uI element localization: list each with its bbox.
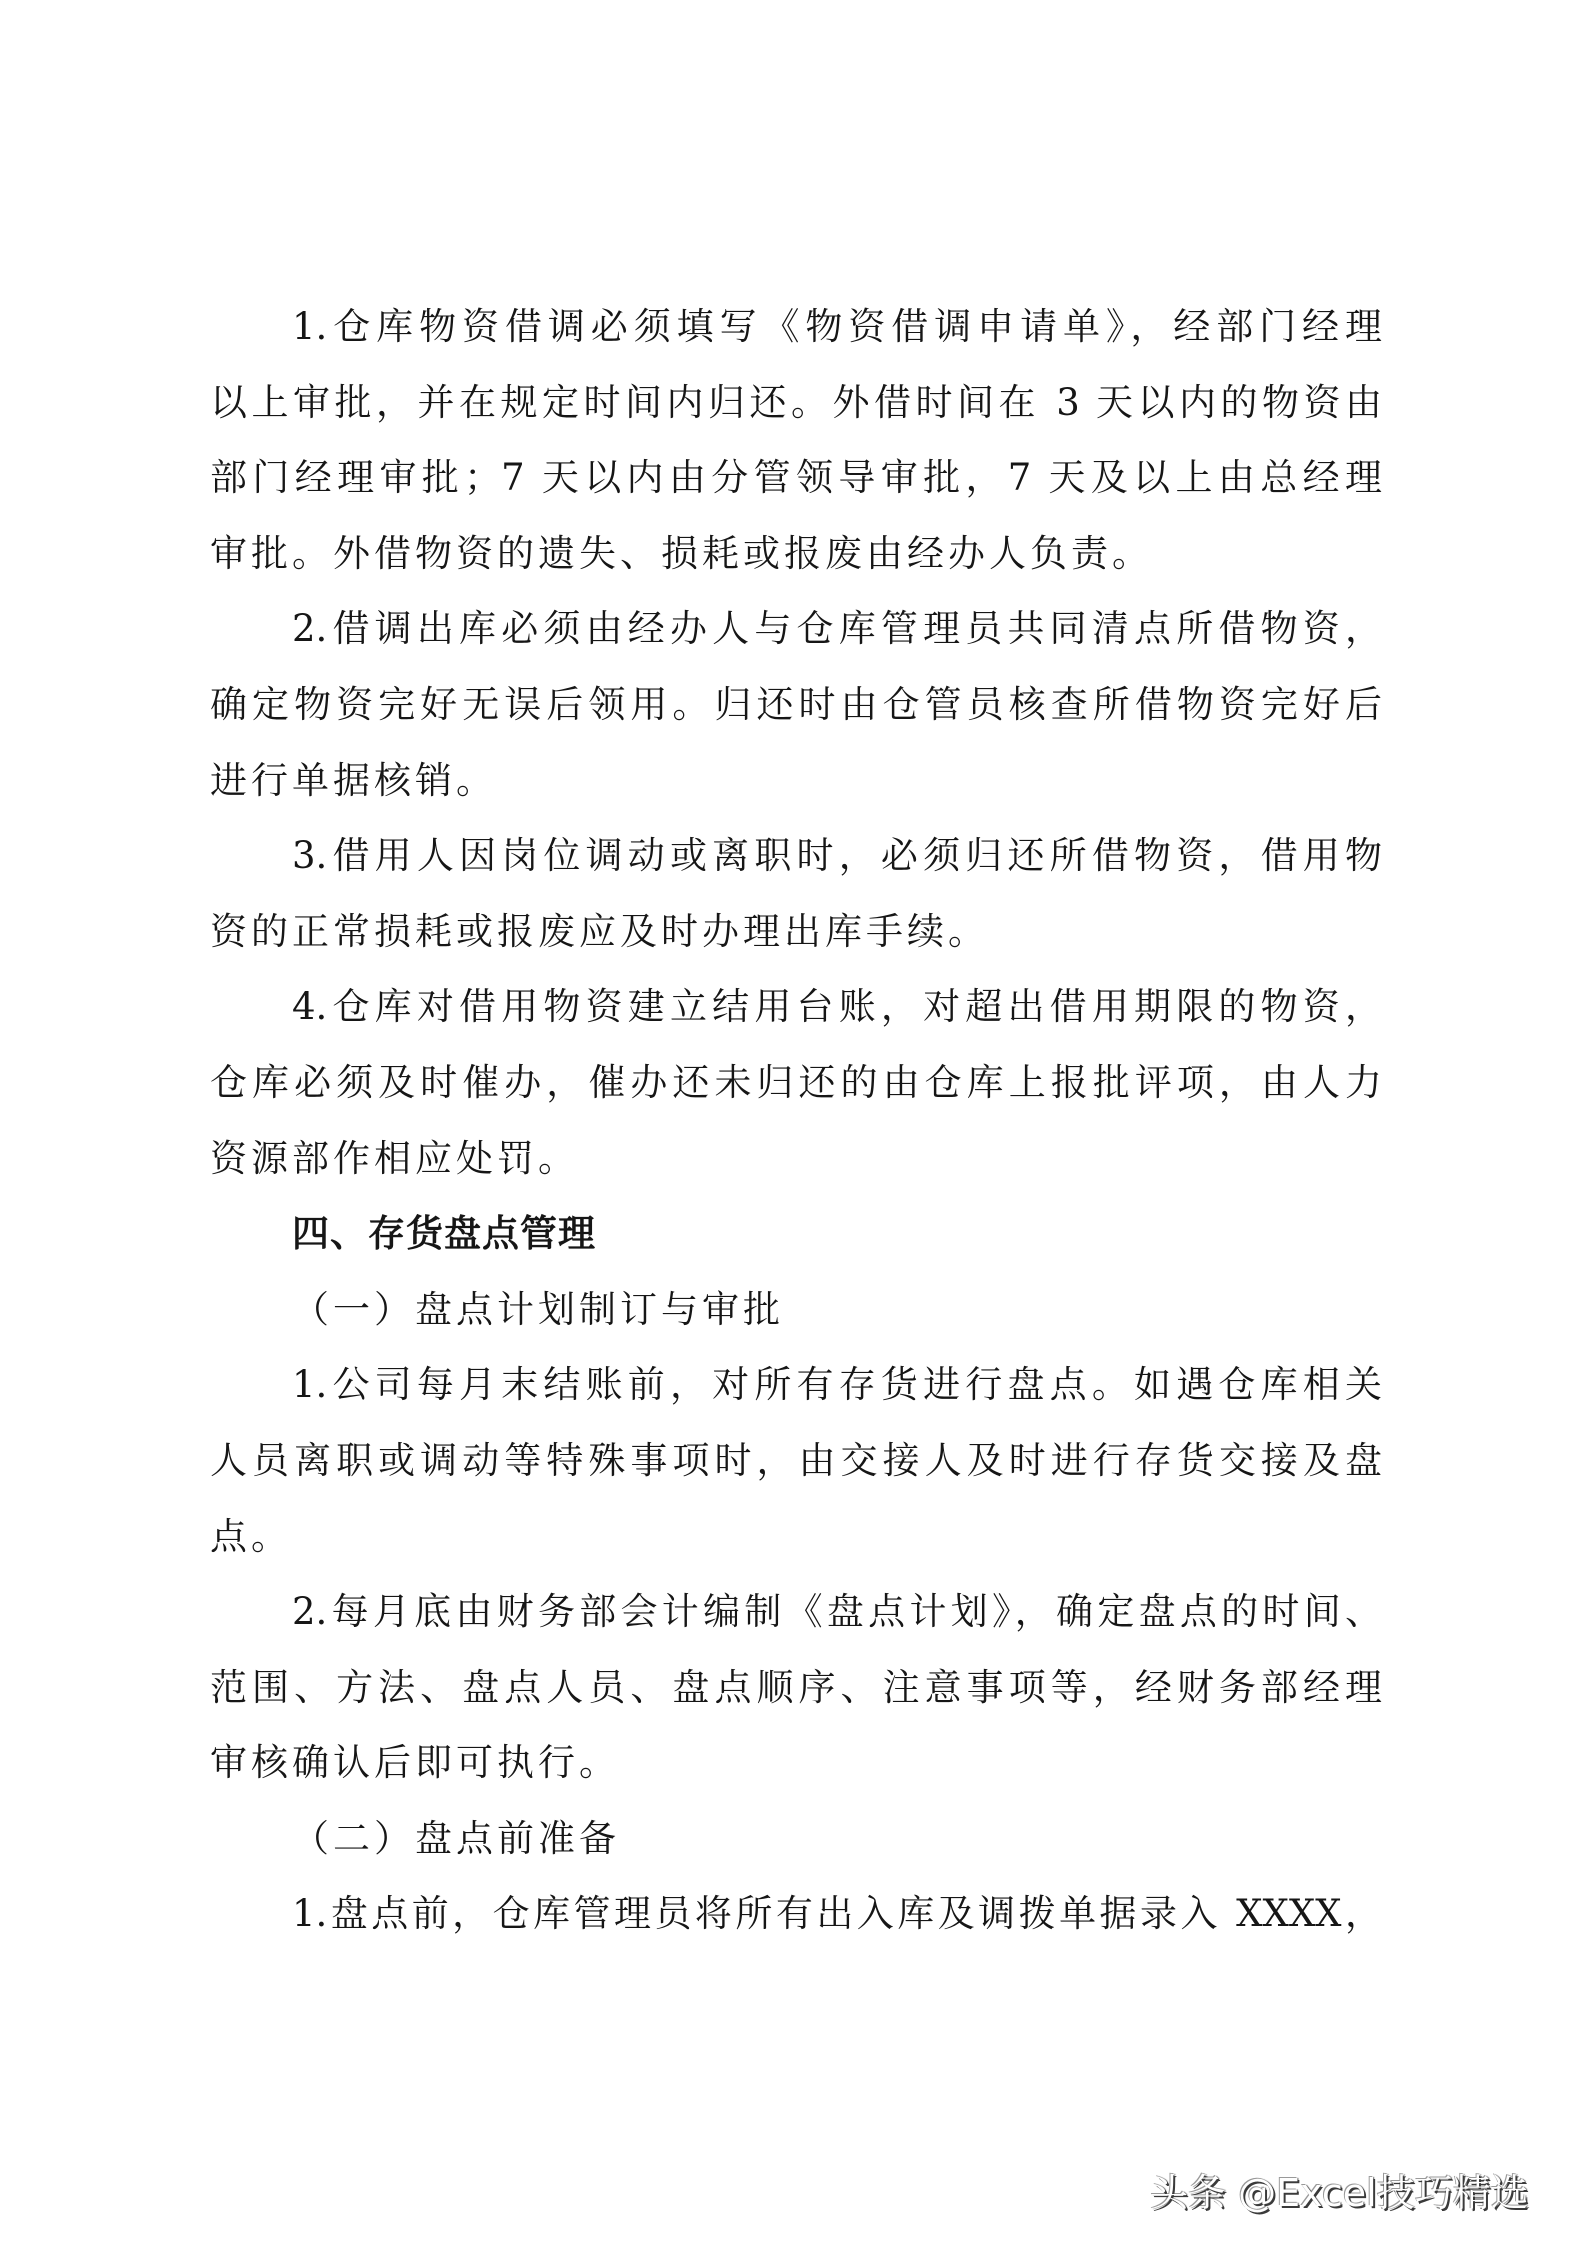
para-2-line-3: 进行单据核销。	[210, 743, 1382, 819]
para-3-line-2: 资的正常损耗或报废应及时办理出库手续。	[210, 894, 1382, 970]
document-body: 1.仓库物资借调必须填写《物资借调申请单》，经部门经理 以上审批，并在规定时间内…	[210, 289, 1382, 1952]
para-1-line-4: 审批。外借物资的遗失、损耗或报废由经办人负责。	[210, 516, 1382, 592]
subsection-heading-preparation: （二）盘点前准备	[210, 1801, 1382, 1877]
para-2-line-2: 确定物资完好无误后领用。归还时由仓管员核查所借物资完好后	[210, 667, 1382, 743]
para-1-line-1: 1.仓库物资借调必须填写《物资借调申请单》，经部门经理	[210, 289, 1382, 365]
para-5-line-3: 点。	[210, 1499, 1382, 1575]
para-3-line-1: 3.借用人因岗位调动或离职时，必须归还所借物资，借用物	[210, 818, 1382, 894]
para-4-line-2: 仓库必须及时催办，催办还未归还的由仓库上报批评项，由人力	[210, 1045, 1382, 1121]
section-heading-inventory: 四、存货盘点管理	[210, 1196, 1382, 1272]
para-6-line-2: 范围、方法、盘点人员、盘点顺序、注意事项等，经财务部经理	[210, 1650, 1382, 1726]
para-5-line-2: 人员离职或调动等特殊事项时，由交接人及时进行存货交接及盘	[210, 1423, 1382, 1499]
para-6-line-1: 2.每月底由财务部会计编制《盘点计划》，确定盘点的时间、	[210, 1574, 1382, 1650]
para-1-line-3: 部门经理审批；7 天以内由分管领导审批，7 天及以上由总经理	[210, 440, 1382, 516]
watermark-label: 头条 @Excel技巧精选	[1150, 2162, 1529, 2217]
para-4-line-1: 4.仓库对借用物资建立结用台账，对超出借用期限的物资，	[210, 969, 1382, 1045]
subsection-heading-plan: （一）盘点计划制订与审批	[210, 1272, 1382, 1348]
para-6-line-3: 审核确认后即可执行。	[210, 1725, 1382, 1801]
para-2-line-1: 2.借调出库必须由经办人与仓库管理员共同清点所借物资，	[210, 591, 1382, 667]
document-page: 1.仓库物资借调必须填写《物资借调申请单》，经部门经理 以上审批，并在规定时间内…	[0, 0, 1587, 2245]
para-1-line-2: 以上审批，并在规定时间内归还。外借时间在 3 天以内的物资由	[210, 365, 1382, 441]
para-4-line-3: 资源部作相应处罚。	[210, 1121, 1382, 1197]
para-7-line-1: 1.盘点前，仓库管理员将所有出入库及调拨单据录入 XXXX，	[210, 1876, 1382, 1952]
para-5-line-1: 1.公司每月末结账前，对所有存货进行盘点。如遇仓库相关	[210, 1347, 1382, 1423]
